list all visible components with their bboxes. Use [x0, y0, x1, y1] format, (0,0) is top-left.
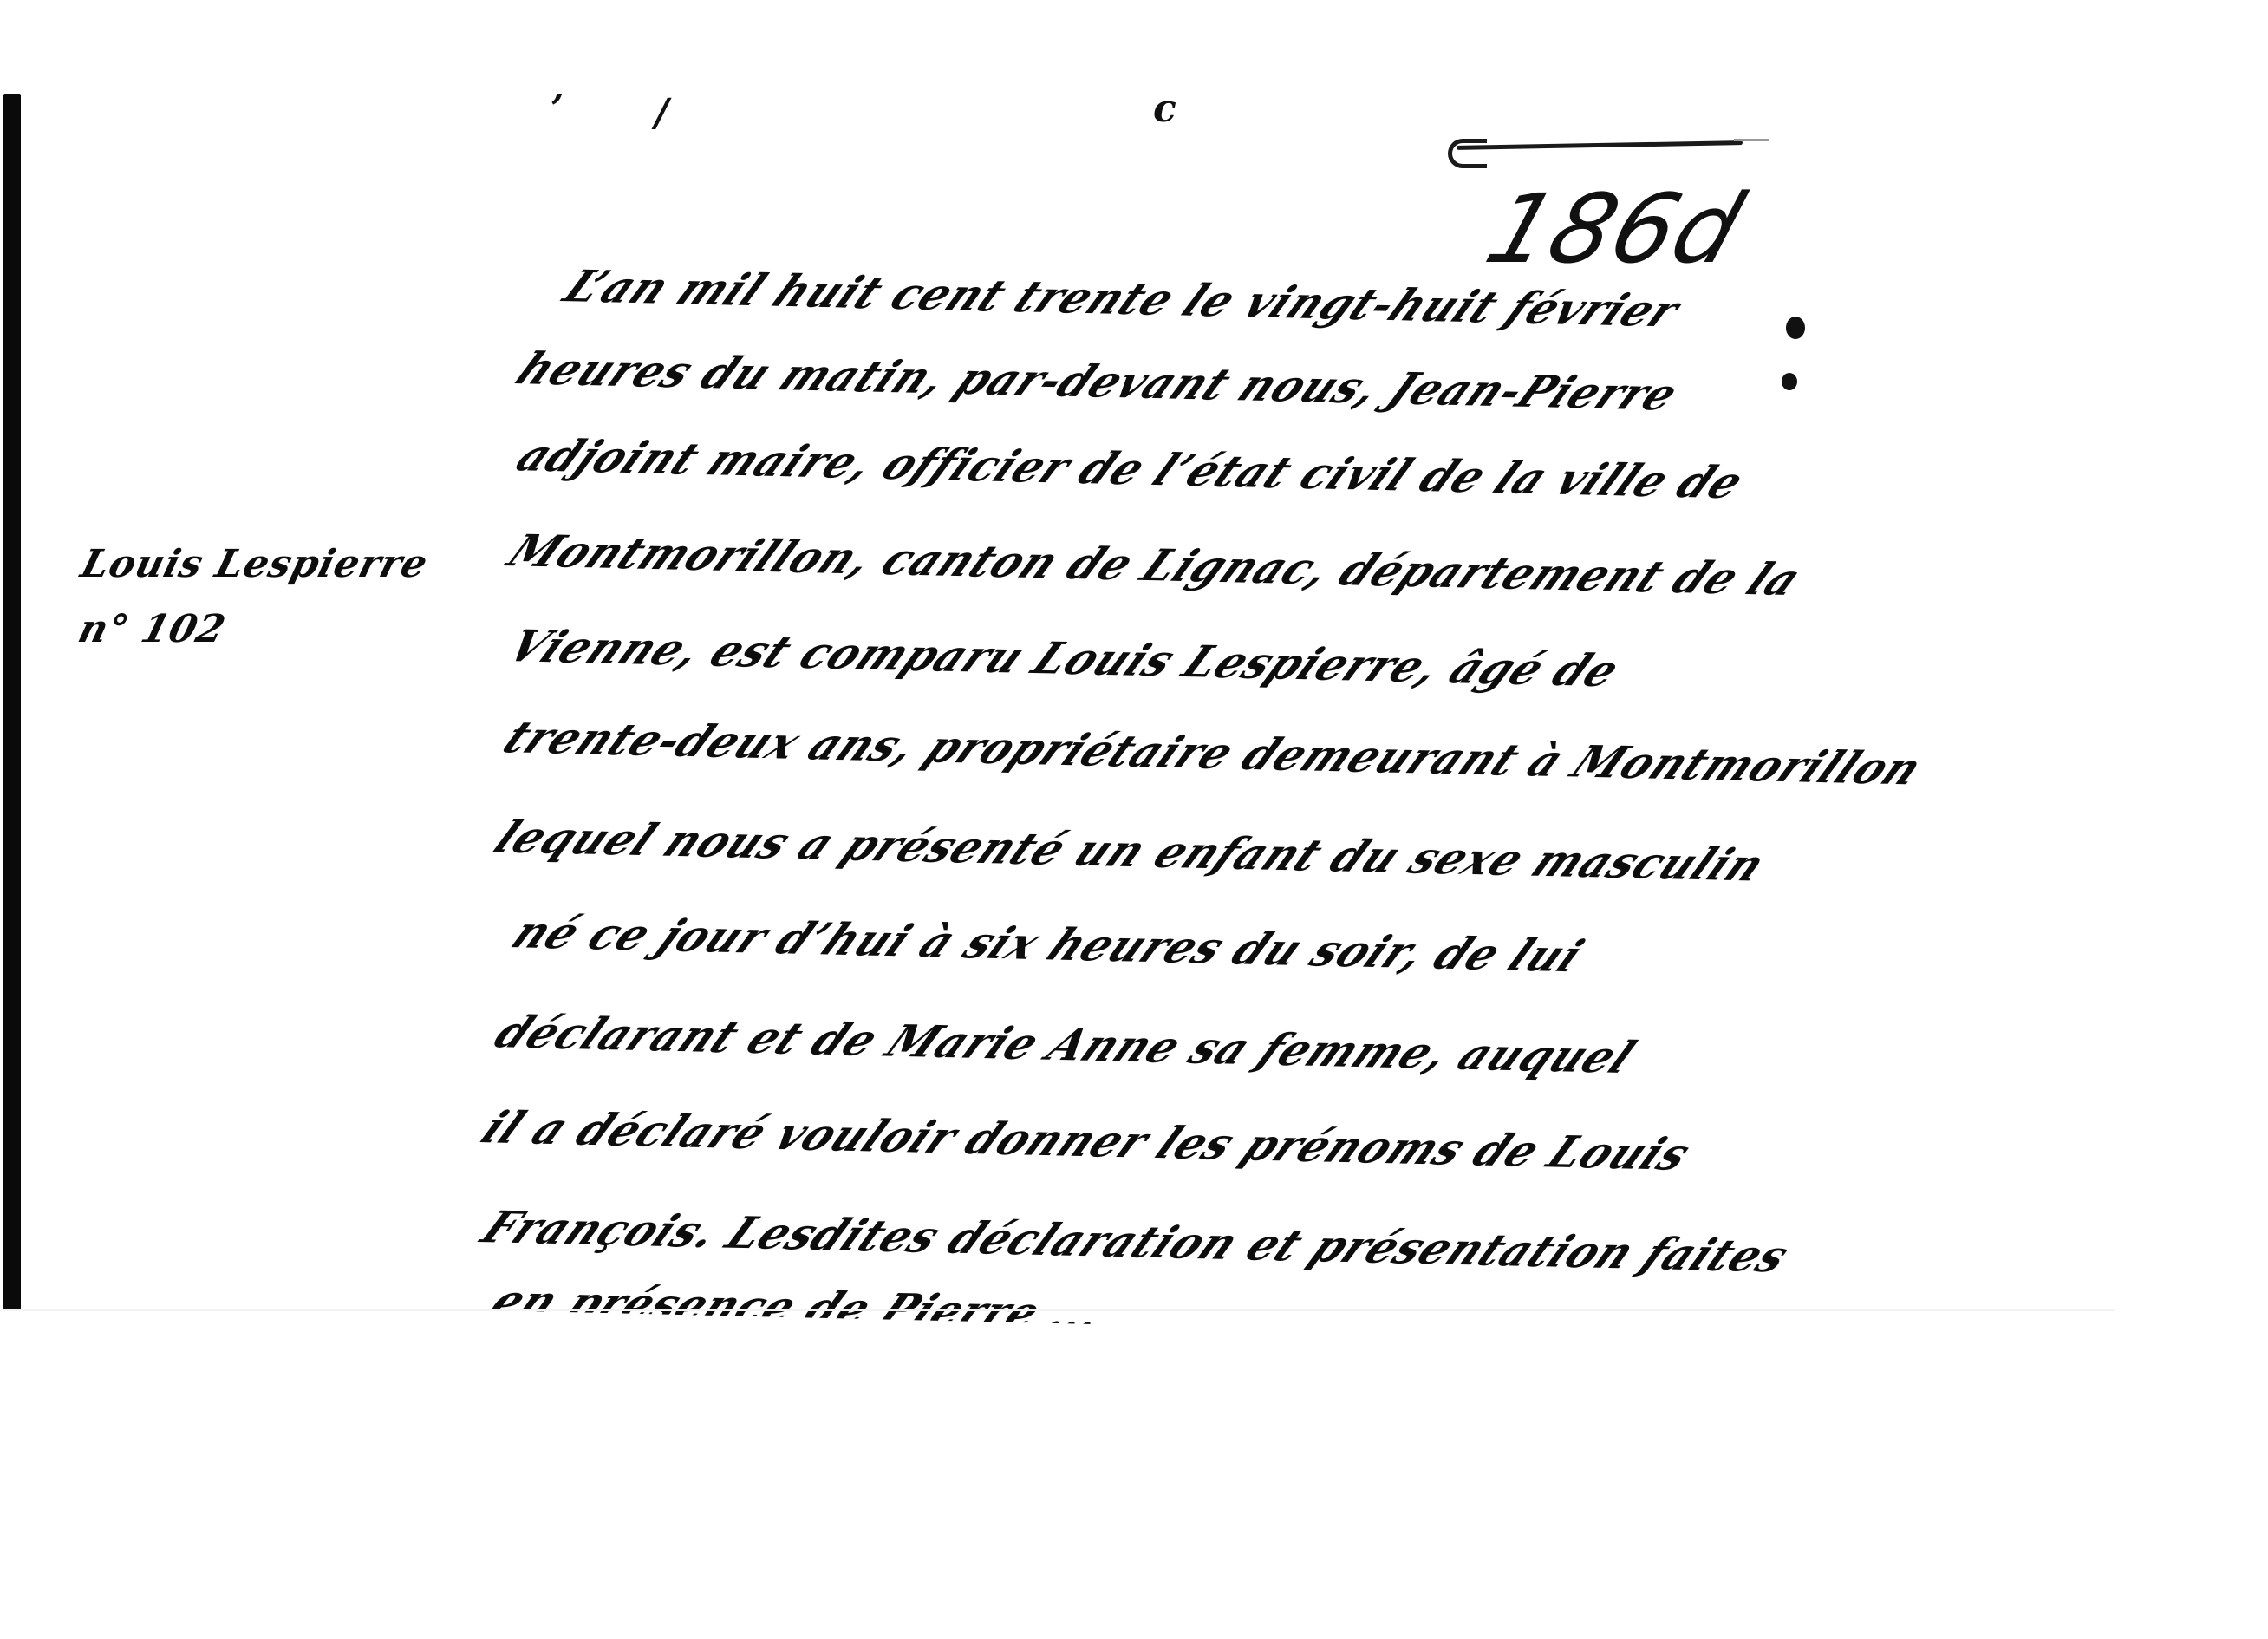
- binding-edge-bar: [3, 94, 21, 1309]
- ink-blot: [1786, 317, 1805, 339]
- margin-note-name: Louis Lespierre: [76, 542, 433, 586]
- top-mark: c: [1153, 87, 1176, 131]
- register-line: déclarant et de Marie Anne sa femme, auq…: [486, 1006, 1646, 1083]
- scan-bottom-edge: [0, 1309, 2115, 1311]
- register-line: adjoint maire, officier de l’état civil …: [507, 429, 1755, 508]
- top-mark: ’: [551, 87, 564, 131]
- top-mark: /: [655, 91, 668, 135]
- register-line-cut: en présence de Pierre ...: [481, 1275, 1114, 1340]
- scanned-register-page: ’ / c 186d Louis Lespierre n° 102 L’an m…: [0, 0, 2115, 1309]
- register-line: François. Lesdites déclaration et présen…: [472, 1201, 1800, 1282]
- register-line: trente-deux ans, propriétaire demeurant …: [494, 711, 1932, 794]
- register-line: lequel nous a présenté un enfant du sexe…: [486, 811, 1776, 891]
- register-line: heures du matin, par-devant nous, Jean-P…: [507, 343, 1689, 421]
- ink-blot: [1782, 373, 1797, 390]
- underline-flourish: [1448, 139, 1487, 168]
- margin-note-number: n° 102: [74, 607, 231, 651]
- register-line: Montmorillon, canton de Lignac, départem…: [499, 525, 1812, 605]
- header-underline: [1457, 140, 1743, 150]
- document-page: ’ / c 186d Louis Lespierre n° 102 L’an m…: [0, 0, 2268, 1639]
- header-underline-faint: [1734, 139, 1769, 141]
- register-line: il a déclaré vouloir donner les prénoms …: [472, 1101, 1701, 1180]
- folio-number: 186d: [1474, 173, 1756, 284]
- register-line: né ce jour d’hui à six heures du soir, d…: [503, 906, 1593, 982]
- register-line: Vienne, est comparu Louis Lespierre, âgé…: [499, 620, 1630, 696]
